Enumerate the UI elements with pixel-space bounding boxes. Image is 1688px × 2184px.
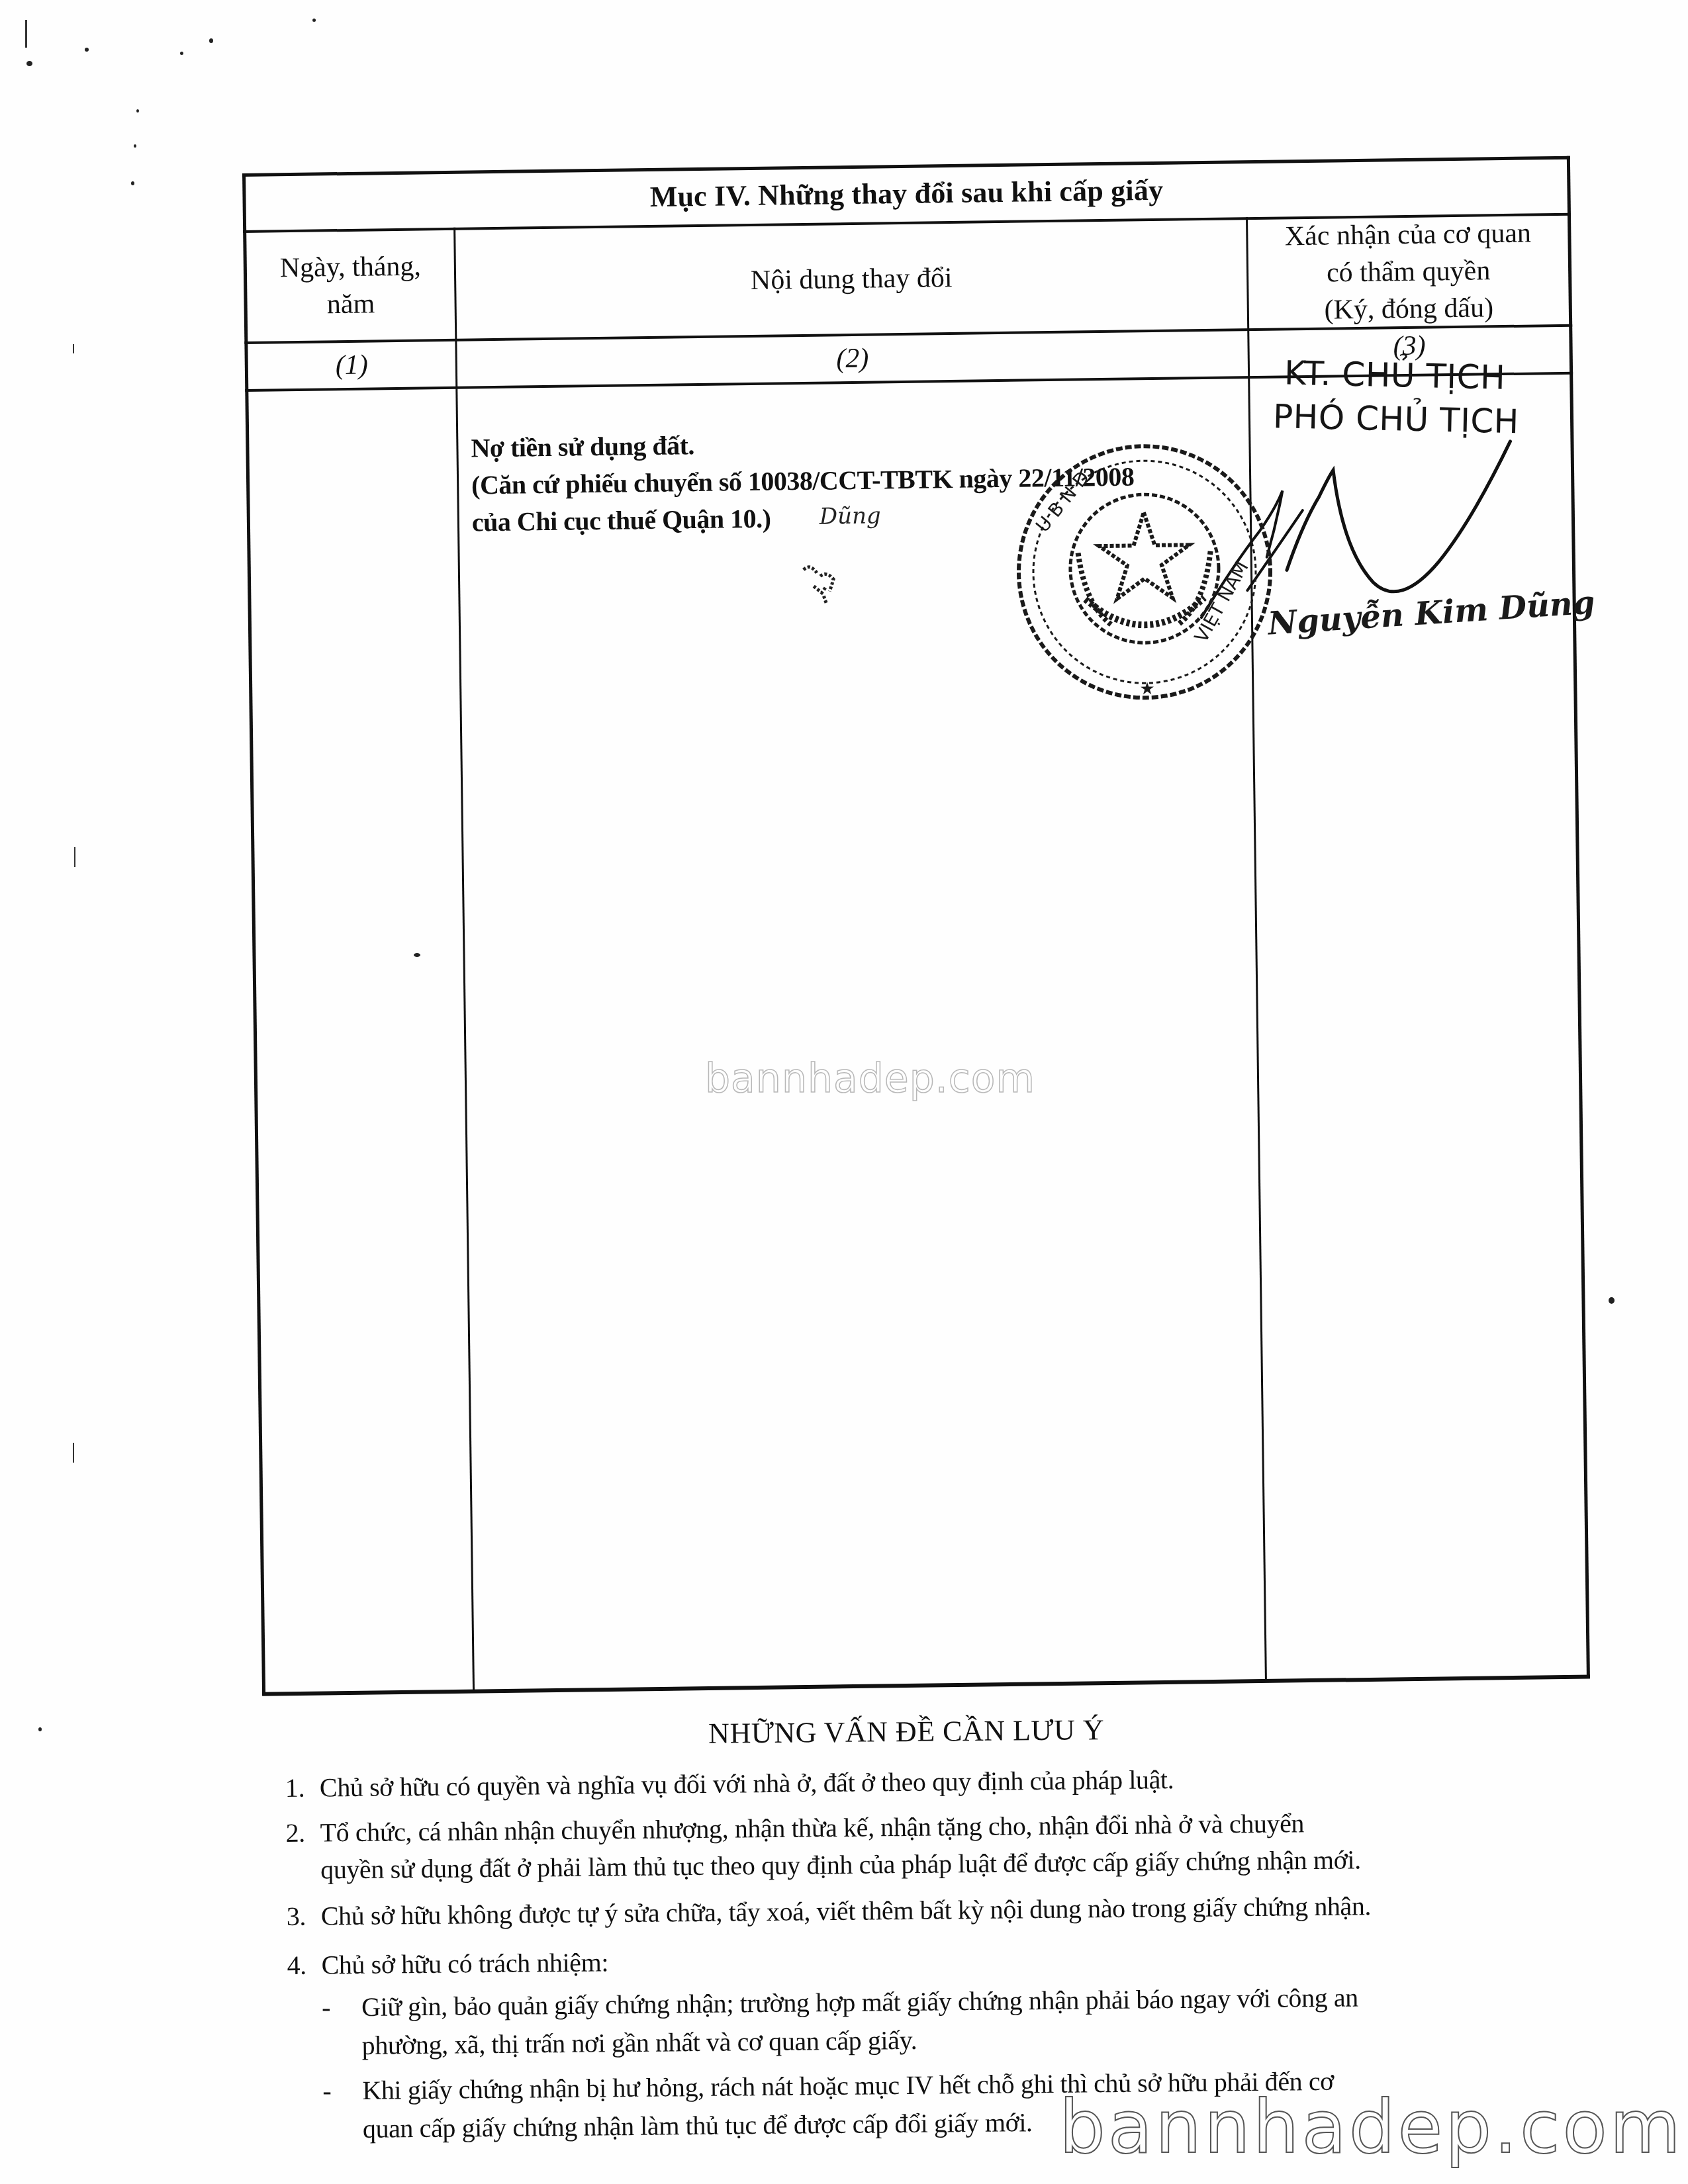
note-number: 2.: [285, 1813, 320, 1852]
scan-margin-mark: [25, 20, 27, 48]
scan-speck: [131, 181, 134, 185]
note-text: Chủ sở hữu không được tự ý sửa chữa, tẩy…: [321, 1891, 1372, 1931]
changes-after-issuance-table: Mục IV. Những thay đổi sau khi cấp giấy …: [242, 156, 1590, 1696]
notes-section: NHỮNG VẤN ĐỀ CẦN LƯU Ý 1.Chủ sở hữu có q…: [285, 1708, 1622, 1721]
ink-smudge-icon: [790, 556, 857, 610]
scan-speck: [180, 52, 183, 55]
note-subitem-4a-continuation: phường, xã, thị trấn nơi gần nhất và cơ …: [361, 2021, 917, 2066]
watermark-center: bannhadep.com: [705, 1056, 1035, 1102]
col-header-content: Nội dung thay đổi: [455, 220, 1247, 339]
scan-speck: [85, 48, 89, 52]
bullet-dash: -: [322, 1987, 362, 2028]
col-header-confirmation: Xác nhận của cơ quan có thẩm quyền (Ký, …: [1248, 216, 1569, 328]
scanned-document-page: Mục IV. Những thay đổi sau khi cấp giấy …: [0, 0, 1688, 2184]
scan-speck: [1609, 1297, 1615, 1304]
col-number-1: (1): [248, 341, 455, 389]
notes-title: NHỮNG VẤN ĐỀ CẦN LƯU Ý: [708, 1713, 1104, 1751]
col-header-confirmation-line: Xác nhận của cơ quan: [1284, 215, 1531, 255]
bullet-dash: -: [322, 2071, 363, 2111]
scan-speck: [136, 109, 139, 113]
scan-margin-mark: [73, 344, 74, 353]
note-text: Giữ gìn, bảo quản giấy chứng nhận; trườn…: [361, 1982, 1358, 2021]
svg-text:★: ★: [1139, 679, 1155, 699]
table-border-left: [242, 173, 265, 1696]
official-seal-icon: U B N D VIỆT NAM ★: [1004, 431, 1285, 712]
table-border-bottom: [262, 1675, 1590, 1696]
scan-speck: [312, 19, 316, 22]
col-header-confirmation-line: có thẩm quyền: [1285, 252, 1532, 293]
scan-speck: [209, 38, 213, 43]
scan-speck: [26, 61, 32, 66]
note-item-1: 1.Chủ sở hữu có quyền và nghĩa vụ đối vớ…: [285, 1760, 1174, 1808]
scan-margin-mark: [74, 847, 75, 867]
note-item-4: 4.Chủ sở hữu có trách nhiệm:: [287, 1942, 608, 1985]
scan-margin-mark: [73, 1443, 74, 1463]
note-text: Chủ sở hữu có quyền và nghĩa vụ đối với …: [320, 1764, 1174, 1802]
scan-speck: [134, 144, 136, 148]
note-number: 3.: [287, 1896, 322, 1936]
scan-speck: [38, 1727, 42, 1731]
watermark-corner: bannhadep.com: [1059, 2085, 1683, 2169]
note-text: Chủ sở hữu có trách nhiệm:: [321, 1947, 608, 1979]
col-header-content-line: Nội dung thay đổi: [751, 259, 953, 299]
note-item-3: 3.Chủ sở hữu không được tự ý sửa chữa, t…: [287, 1886, 1372, 1936]
note-subitem-4a: -Giữ gìn, bảo quản giấy chứng nhận; trườ…: [322, 1978, 1358, 2027]
col-header-date-line: năm: [280, 285, 422, 324]
handwritten-initials: Dũng: [820, 502, 881, 529]
note-number: 4.: [287, 1945, 322, 1985]
stamp-title-line-1: KT. CHỦ TỊCH: [1284, 352, 1505, 399]
note-number: 1.: [285, 1768, 320, 1807]
col-header-date: Ngày, tháng, năm: [246, 230, 455, 341]
table-border-right: [1567, 156, 1590, 1678]
col-header-date-line: Ngày, tháng,: [279, 248, 421, 287]
note-subitem-4b-continuation: quan cấp giấy chứng nhận làm thủ tục để …: [363, 2103, 1033, 2149]
